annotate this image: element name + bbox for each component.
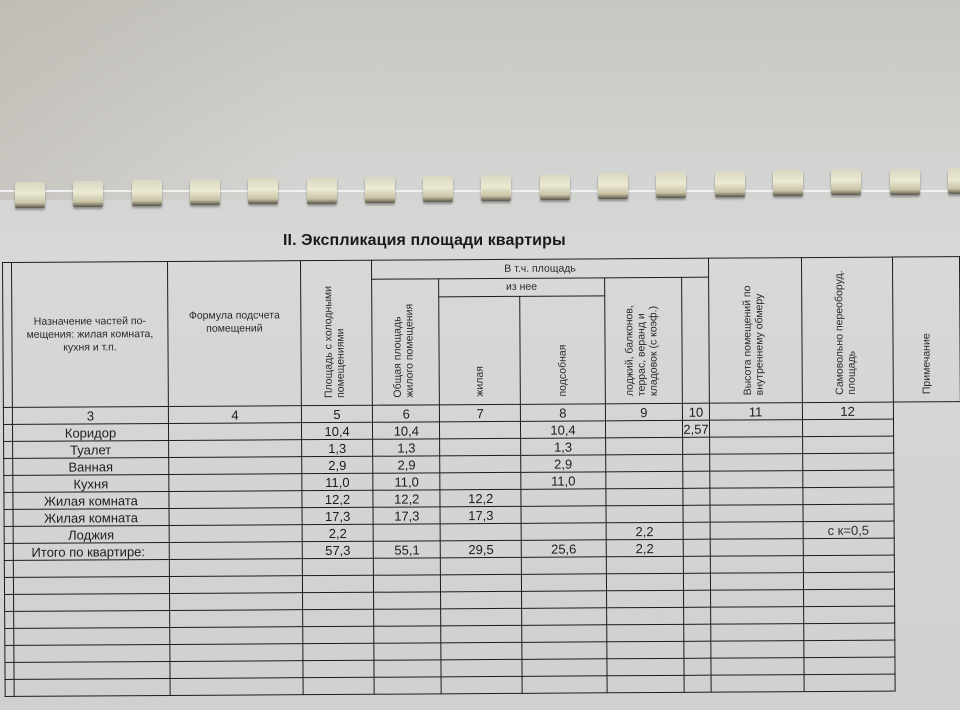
unauthorized-cell — [710, 522, 803, 540]
empty-cell — [170, 593, 303, 611]
empty-cell — [374, 643, 441, 660]
empty-cell — [13, 576, 170, 594]
empty-cell — [441, 659, 522, 676]
empty-cell — [374, 575, 441, 592]
total-living-cell: 55,1 — [374, 541, 441, 558]
formula-cell — [169, 423, 302, 441]
room-name-cell: Туалет — [12, 440, 169, 458]
column-number: 8 — [521, 404, 605, 422]
loggia-cell: 2,2 — [606, 522, 684, 539]
living-cell: 17,3 — [440, 506, 521, 523]
note-cell — [802, 470, 893, 488]
living-cell: 29,5 — [440, 540, 521, 557]
empty-cell — [5, 662, 14, 679]
loggia-cell — [605, 437, 683, 454]
area-cold-cell: 57,3 — [302, 541, 374, 558]
header-loggia: лоджий, балконов, террас, веранд и кладо… — [604, 277, 683, 403]
empty-cell — [303, 643, 375, 660]
formula-cell — [169, 457, 302, 475]
left-margin-cell — [3, 424, 12, 441]
empty-cell — [711, 675, 804, 693]
header-group-including-text: В т.ч. площадь — [504, 262, 576, 274]
empty-cell — [684, 590, 710, 607]
empty-cell — [13, 610, 170, 628]
empty-cell — [803, 606, 894, 624]
living-cell — [440, 455, 521, 472]
note-cell: с к=0,5 — [803, 521, 894, 539]
empty-cell — [607, 675, 685, 692]
header-note: Примечание — [892, 257, 960, 402]
empty-cell — [684, 641, 710, 658]
note-cell — [803, 504, 894, 522]
formula-cell — [169, 542, 302, 560]
binding-ring — [15, 182, 45, 208]
note-cell — [802, 419, 893, 437]
empty-cell — [441, 608, 522, 625]
empty-cell — [710, 607, 803, 625]
area-cold-cell: 11,0 — [302, 473, 374, 490]
note-cell — [802, 487, 893, 505]
auxiliary-cell: 1,3 — [521, 438, 605, 456]
unauthorized-cell — [709, 437, 802, 455]
empty-cell — [170, 678, 303, 696]
total-living-cell: 12,2 — [373, 490, 440, 507]
empty-cell — [441, 591, 522, 608]
column-number: 4 — [169, 406, 302, 424]
explication-table: Назначение частей по-мещения: жилая комн… — [2, 256, 960, 697]
binding-ring — [773, 170, 803, 196]
empty-cell — [440, 557, 521, 574]
empty-cell — [170, 610, 303, 628]
unauthorized-cell — [710, 539, 803, 557]
total-living-cell: 11,0 — [373, 473, 440, 490]
empty-cell — [606, 607, 684, 624]
empty-cell — [170, 627, 303, 645]
formula-cell — [169, 474, 302, 492]
empty-cell — [606, 590, 684, 607]
room-name-cell: Ванная — [12, 457, 169, 475]
formula-cell — [169, 525, 302, 543]
header-height-text: Высота помещений по внутреннему обмеру — [741, 277, 770, 395]
note-cell — [802, 453, 893, 471]
binding-ring — [948, 168, 960, 194]
empty-cell — [170, 559, 303, 577]
left-margin-cell — [3, 407, 12, 424]
height-cell — [683, 505, 709, 522]
empty-cell — [804, 674, 895, 692]
living-cell — [440, 472, 521, 489]
loggia-cell — [605, 488, 683, 505]
empty-cell — [684, 675, 710, 692]
header-total-living-text: Общая площадь жилого помещения — [391, 287, 420, 397]
empty-cell — [302, 626, 374, 643]
empty-cell — [5, 679, 14, 696]
empty-cell — [606, 641, 684, 658]
empty-cell — [441, 574, 522, 591]
header-group-including: В т.ч. площадь — [372, 258, 708, 279]
left-margin-cell — [4, 492, 13, 509]
header-room-purpose: Назначение частей по-мещения: жилая комн… — [11, 261, 168, 407]
empty-cell — [711, 658, 804, 676]
binding-ring — [132, 180, 162, 206]
column-number: 7 — [440, 404, 521, 421]
empty-cell — [803, 640, 894, 658]
empty-cell — [522, 659, 606, 677]
total-label: Итого по квартире: — [13, 542, 170, 560]
room-name-cell: Жилая комната — [13, 508, 170, 526]
empty-cell — [684, 624, 710, 641]
empty-cell — [522, 625, 606, 643]
empty-cell — [710, 556, 803, 574]
note-cell — [802, 436, 893, 454]
empty-cell — [374, 677, 441, 694]
height-cell — [683, 522, 709, 539]
unauthorized-cell — [709, 454, 802, 472]
column-number: 10 — [683, 403, 709, 420]
document-title: II. Экспликация площади квартиры — [283, 232, 566, 250]
empty-cell — [14, 661, 171, 679]
header-living-text: жилая — [474, 366, 486, 397]
area-cold-cell: 10,4 — [301, 422, 373, 439]
empty-cell — [684, 658, 710, 675]
empty-cell — [4, 560, 13, 577]
empty-cell — [374, 558, 441, 575]
empty-cell — [684, 607, 710, 624]
total-living-cell: 2,9 — [373, 456, 440, 473]
auxiliary-cell — [521, 523, 605, 541]
binding-ring — [656, 172, 686, 198]
loggia-cell: 2,2 — [606, 539, 684, 556]
area-cold-cell: 17,3 — [302, 507, 374, 524]
unauthorized-cell — [709, 420, 802, 438]
empty-cell — [303, 677, 375, 694]
area-cold-cell: 1,3 — [301, 439, 373, 456]
empty-cell — [14, 644, 171, 662]
empty-cell — [441, 625, 522, 642]
height-cell — [683, 471, 709, 488]
empty-cell — [710, 573, 803, 591]
loggia-cell — [605, 471, 683, 488]
unauthorized-cell — [710, 505, 803, 523]
height-cell — [683, 454, 709, 471]
note-cell — [803, 538, 894, 556]
loggia-cell — [606, 505, 684, 522]
empty-cell — [302, 592, 374, 609]
empty-cell — [522, 591, 606, 609]
loggia-cell — [605, 454, 683, 471]
binding-rings — [0, 160, 960, 220]
empty-cell — [803, 572, 894, 590]
empty-cell — [302, 558, 374, 575]
empty-cell — [13, 559, 170, 577]
header-height: Высота помещений по внутреннему обмеру — [708, 258, 802, 404]
header-auxiliary-text: подсобная — [556, 345, 568, 397]
total-living-cell — [373, 524, 440, 541]
empty-cell — [13, 627, 170, 645]
left-margin-cell — [4, 441, 13, 458]
empty-cell — [606, 658, 684, 675]
empty-cell — [441, 676, 522, 693]
total-living-cell: 10,4 — [373, 422, 440, 439]
column-number: 6 — [373, 405, 440, 422]
unauthorized-cell — [710, 488, 803, 506]
empty-cell — [606, 556, 684, 573]
empty-cell — [374, 592, 441, 609]
empty-cell — [5, 594, 14, 611]
left-margin-cell — [4, 509, 13, 526]
empty-cell — [374, 609, 441, 626]
binding-ring — [481, 175, 511, 201]
empty-cell — [302, 609, 374, 626]
binding-ring — [248, 178, 278, 204]
header-room-purpose-text: Назначение частей по-мещения: жилая комн… — [27, 315, 154, 354]
auxiliary-cell — [521, 506, 605, 524]
empty-cell — [803, 589, 894, 607]
formula-cell — [169, 491, 302, 509]
empty-cell — [5, 645, 14, 662]
empty-cell — [5, 628, 14, 645]
auxiliary-cell: 2,9 — [521, 455, 605, 473]
height-cell — [684, 539, 710, 556]
column-number: 12 — [802, 402, 893, 420]
total-living-cell: 1,3 — [373, 439, 440, 456]
left-margin-cell — [4, 543, 13, 560]
header-area-cold-text: Площадь с холодными помещениями — [322, 272, 351, 398]
empty-cell — [374, 626, 441, 643]
empty-cell — [522, 642, 606, 660]
living-cell: 12,2 — [440, 489, 521, 506]
empty-cell — [374, 660, 441, 677]
area-cold-cell: 2,9 — [301, 456, 373, 473]
header-formula: Формула подсчета помещений — [168, 261, 301, 407]
area-cold-cell: 2,2 — [302, 524, 374, 541]
header-group-of-it: из нее — [439, 278, 604, 297]
empty-cell — [522, 608, 606, 626]
binding-ring — [307, 178, 337, 204]
header-unauthorized: Самовольно переоборуд. площадь — [801, 257, 893, 403]
empty-cell — [606, 624, 684, 641]
binding-ring — [540, 174, 570, 200]
empty-cell — [684, 573, 710, 590]
empty-cell — [441, 642, 522, 659]
header-total-living: Общая площадь жилого помещения — [372, 279, 440, 405]
header-auxiliary: подсобная — [520, 295, 605, 404]
auxiliary-cell: 25,6 — [522, 540, 606, 558]
auxiliary-cell: 11,0 — [521, 472, 605, 490]
binding-ring — [598, 173, 628, 199]
empty-cell — [684, 556, 710, 573]
empty-cell — [804, 657, 895, 675]
area-cold-cell: 12,2 — [302, 490, 374, 507]
empty-cell — [803, 555, 894, 573]
empty-cell — [13, 593, 170, 611]
empty-cell — [5, 611, 14, 628]
height-cell — [683, 488, 709, 505]
binding-ring — [365, 177, 395, 203]
empty-cell — [710, 641, 803, 659]
height-cell: 2,57 — [683, 420, 709, 437]
header-note-text: Примечание — [920, 334, 932, 395]
room-name-cell: Лоджия — [13, 525, 170, 543]
header-group-of-it-text: из нее — [506, 280, 537, 292]
empty-cell — [170, 576, 303, 594]
room-name-cell: Коридор — [12, 423, 169, 441]
left-margin-cell — [4, 526, 13, 543]
living-cell — [440, 421, 521, 438]
height-cell — [683, 437, 709, 454]
empty-cell — [522, 574, 606, 592]
column-number: 11 — [709, 403, 802, 421]
living-cell — [440, 438, 521, 455]
auxiliary-cell — [521, 489, 605, 507]
header-area-cold: Площадь с холодными помещениями — [300, 260, 373, 405]
empty-cell — [170, 661, 303, 679]
document-page: II. Экспликация площади квартиры Назначе… — [0, 0, 960, 710]
empty-cell — [522, 557, 606, 575]
formula-cell — [169, 508, 302, 526]
total-living-cell: 17,3 — [373, 507, 440, 524]
header-formula-text: Формула подсчета помещений — [189, 309, 280, 334]
binding-ring — [423, 176, 453, 202]
column-number: 5 — [301, 405, 373, 422]
empty-cell — [302, 575, 374, 592]
column-number: 3 — [12, 406, 169, 424]
room-name-cell: Жилая комната — [13, 491, 170, 509]
loggia-cell — [605, 420, 683, 437]
empty-cell — [303, 660, 375, 677]
empty-cell — [710, 624, 803, 642]
empty-cell — [522, 676, 606, 694]
binding-ring — [73, 181, 103, 207]
room-name-cell: Кухня — [13, 474, 170, 492]
empty-cell — [803, 623, 894, 641]
column-number: 9 — [605, 403, 683, 420]
empty-cell — [606, 573, 684, 590]
header-living: жилая — [439, 296, 521, 405]
header-unauthorized-text: Самовольно переоборуд. площадь — [833, 267, 862, 395]
binding-ring — [715, 171, 745, 197]
binding-ring — [831, 169, 861, 195]
unauthorized-cell — [709, 471, 802, 489]
formula-cell — [169, 440, 302, 458]
binding-ring — [890, 169, 920, 195]
empty-cell — [170, 644, 303, 662]
header-loggia-text: лоджий, балконов, террас, веранд и кладо… — [623, 278, 664, 396]
left-margin-cell — [4, 475, 13, 492]
empty-cell — [4, 577, 13, 594]
binding-ring — [190, 179, 220, 205]
auxiliary-cell: 10,4 — [521, 421, 605, 439]
empty-cell — [14, 678, 171, 696]
living-cell — [440, 523, 521, 540]
left-margin-cell — [4, 458, 13, 475]
empty-cell — [710, 590, 803, 608]
